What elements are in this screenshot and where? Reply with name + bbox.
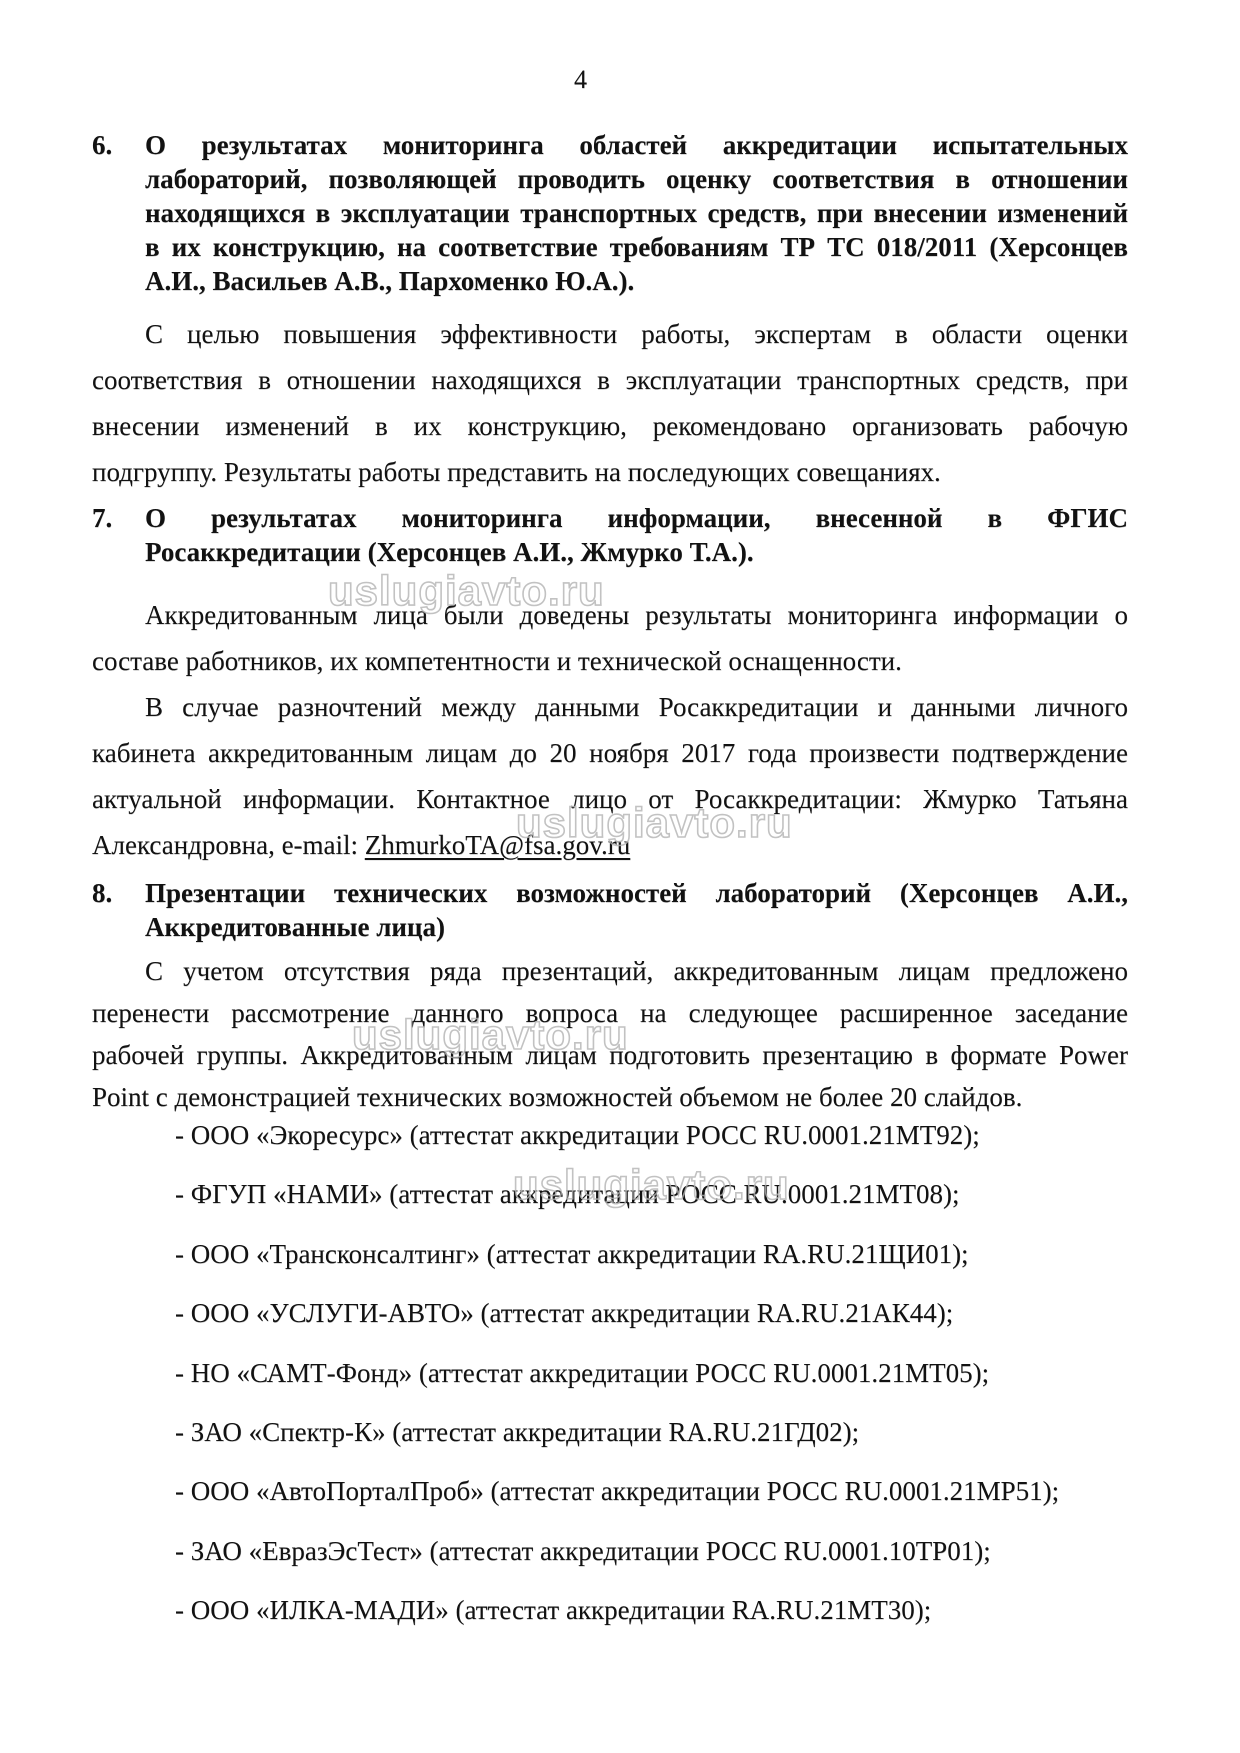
page-number-text: 4 — [574, 65, 587, 94]
heading-line: Росаккредитации (Херсонцев А.И., Жмурко … — [145, 535, 1128, 569]
paragraph-line: внесении изменений в их конструкцию, рек… — [92, 403, 1128, 449]
section-8-number: 8. — [92, 876, 142, 910]
heading-line: О результатах мониторинга информации, вн… — [145, 501, 1128, 535]
paragraph-line: Аккредитованным лица были доведены резул… — [92, 592, 1128, 638]
list-item: - ООО «ИЛКА-МАДИ» (аттестат аккредитации… — [175, 1593, 1128, 1652]
list-item: - ООО «Экоресурс» (аттестат аккредитации… — [175, 1118, 1128, 1177]
laboratory-list: - ООО «Экоресурс» (аттестат аккредитации… — [175, 1118, 1128, 1653]
list-item: - НО «САМТ-Фонд» (аттестат аккредитации … — [175, 1356, 1128, 1415]
paragraph-line: составе работников, их компетентности и … — [92, 638, 1128, 684]
paragraph-8: С учетом отсутствия ряда презентаций, ак… — [92, 950, 1128, 1118]
page-number: 4 — [0, 63, 1161, 97]
paragraph-line: С учетом отсутствия ряда презентаций, ак… — [92, 950, 1128, 992]
section-6-number: 6. — [92, 128, 142, 162]
paragraph-line: соответствия в отношении находящихся в э… — [92, 357, 1128, 403]
heading-line: в их конструкцию, на соответствие требов… — [145, 230, 1128, 264]
heading-line: О результатах мониторинга областей аккре… — [145, 128, 1128, 162]
list-item: - ЗАО «ЕвразЭсТест» (аттестат аккредитац… — [175, 1534, 1128, 1593]
list-item: - ООО «Трансконсалтинг» (аттестат аккред… — [175, 1237, 1128, 1296]
paragraph-7b: В случае разночтений между данными Росак… — [92, 684, 1128, 868]
document-page: 4 6. О результатах мониторинга областей … — [0, 0, 1240, 1753]
section-7-number: 7. — [92, 501, 142, 535]
paragraph-line: кабинета аккредитованным лицам до 20 ноя… — [92, 730, 1128, 776]
paragraph-line: перенести рассмотрение данного вопроса н… — [92, 992, 1128, 1034]
heading-line: А.И., Васильев А.В., Пархоменко Ю.А.). — [145, 264, 1128, 298]
section-7-heading: 7. О результатах мониторинга информации,… — [92, 501, 1128, 569]
list-item: - ООО «УСЛУГИ-АВТО» (аттестат аккредитац… — [175, 1296, 1128, 1355]
email-prefix: Александровна, e-mail: — [92, 830, 365, 860]
paragraph-6: С целью повышения эффективности работы, … — [92, 311, 1128, 495]
paragraph-line: Point с демонстрацией технических возмож… — [92, 1076, 1128, 1118]
heading-line: Аккредитованные лица) — [145, 910, 1128, 944]
section-8-heading: 8. Презентации технических возможностей … — [92, 876, 1128, 944]
paragraph-line: рабочей группы. Аккредитованным лицам по… — [92, 1034, 1128, 1076]
email-link[interactable]: ZhmurkoTA@fsa.gov.ru — [365, 830, 630, 860]
paragraph-line: актуальной информации. Контактное лицо о… — [92, 776, 1128, 822]
paragraph-line: С целью повышения эффективности работы, … — [92, 311, 1128, 357]
list-item: - ЗАО «Спектр-К» (аттестат аккредитации … — [175, 1415, 1128, 1474]
heading-line: Презентации технических возможностей лаб… — [145, 876, 1128, 910]
list-item: - ООО «АвтоПорталПроб» (аттестат аккреди… — [175, 1474, 1128, 1533]
heading-line: лабораторий, позволяющей проводить оценк… — [145, 162, 1128, 196]
heading-line: находящихся в эксплуатации транспортных … — [145, 196, 1128, 230]
section-6-heading: 6. О результатах мониторинга областей ак… — [92, 128, 1128, 298]
paragraph-line: В случае разночтений между данными Росак… — [92, 684, 1128, 730]
paragraph-line-email: Александровна, e-mail: ZhmurkoTA@fsa.gov… — [92, 822, 1128, 868]
paragraph-line: подгруппу. Результаты работы представить… — [92, 449, 1128, 495]
list-item: - ФГУП «НАМИ» (аттестат аккредитации РОС… — [175, 1177, 1128, 1236]
paragraph-7a: Аккредитованным лица были доведены резул… — [92, 592, 1128, 684]
